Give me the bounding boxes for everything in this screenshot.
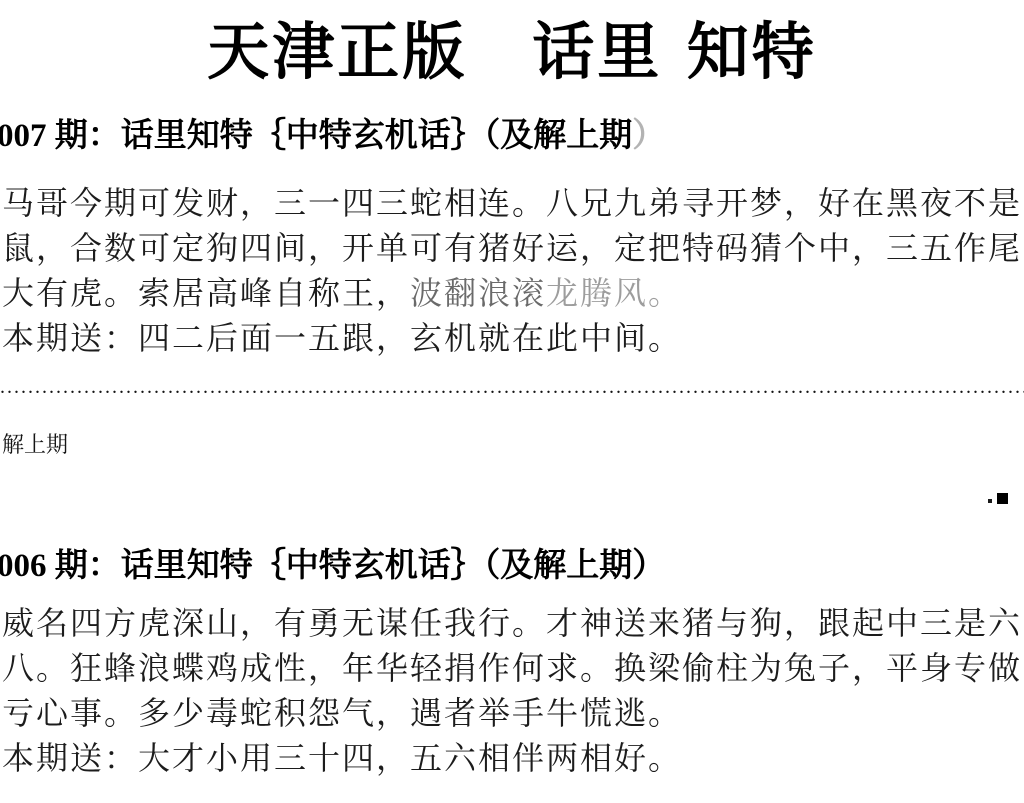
section-007-heading-faded-paren: ） (632, 118, 665, 154)
section-006-line-1: 威名四方虎深山，有勇无谋任我行。才神送来猪与狗，跟起中三是六 (2, 601, 1024, 646)
artifact-small-dot-icon (988, 499, 992, 503)
section-007-line-4: 本期送：四二后面一五跟，玄机就在此中间。 (2, 316, 1024, 361)
page-title: 天津正版 话里 知特 (0, 6, 1024, 98)
section-007-line-3-mid-faded: 波翻浪滚 (410, 275, 546, 311)
section-007-heading: 007 期：话里知特｛中特玄机话｝（及解上期） (0, 114, 665, 158)
section-006-heading: 006 期：话里知特｛中特玄机话｝（及解上期） (0, 544, 665, 588)
dotted-divider: ........................................… (0, 378, 1024, 398)
section-006-line-3: 亏心事。多少毒蛇积怨气，遇者举手牛慌逃。 (2, 691, 1024, 736)
artifact-large-dot-icon (997, 493, 1008, 504)
section-006-body: 威名四方虎深山，有勇无谋任我行。才神送来猪与狗，跟起中三是六 八。狂蜂浪蝶鸡成性… (2, 601, 1024, 781)
jie-shang-qi-label: 解上期 (2, 430, 68, 460)
section-007-body: 马哥今期可发财，三一四三蛇相连。八兄九弟寻开梦，好在黑夜不是 鼠，合数可定狗四间… (2, 181, 1024, 361)
document-page: 天津正版 话里 知特 007 期：话里知特｛中特玄机话｝（及解上期） 马哥今期可… (0, 0, 1024, 803)
section-007-line-3: 大有虎。索居高峰自称王，波翻浪滚龙腾风。 (2, 271, 1024, 316)
section-007-line-2: 鼠，合数可定狗四间，开单可有猪好运，定把特码猜个中，三五作尾 (2, 226, 1024, 271)
section-006-line-2: 八。狂蜂浪蝶鸡成性，年华轻捐作何求。换梁偷柱为兔子，平身专做 (2, 646, 1024, 691)
section-007-line-3-faded: 龙腾风。 (546, 275, 682, 311)
section-006-line-4: 本期送：大才小用三十四，五六相伴两相好。 (2, 736, 1024, 781)
section-007-line-1: 马哥今期可发财，三一四三蛇相连。八兄九弟寻开梦，好在黑夜不是 (2, 181, 1024, 226)
section-007-heading-text: 007 期：话里知特｛中特玄机话｝（及解上期 (0, 118, 632, 154)
section-007-line-3-normal: 大有虎。索居高峰自称王， (2, 275, 410, 311)
scan-artifact-mark (985, 490, 1015, 510)
